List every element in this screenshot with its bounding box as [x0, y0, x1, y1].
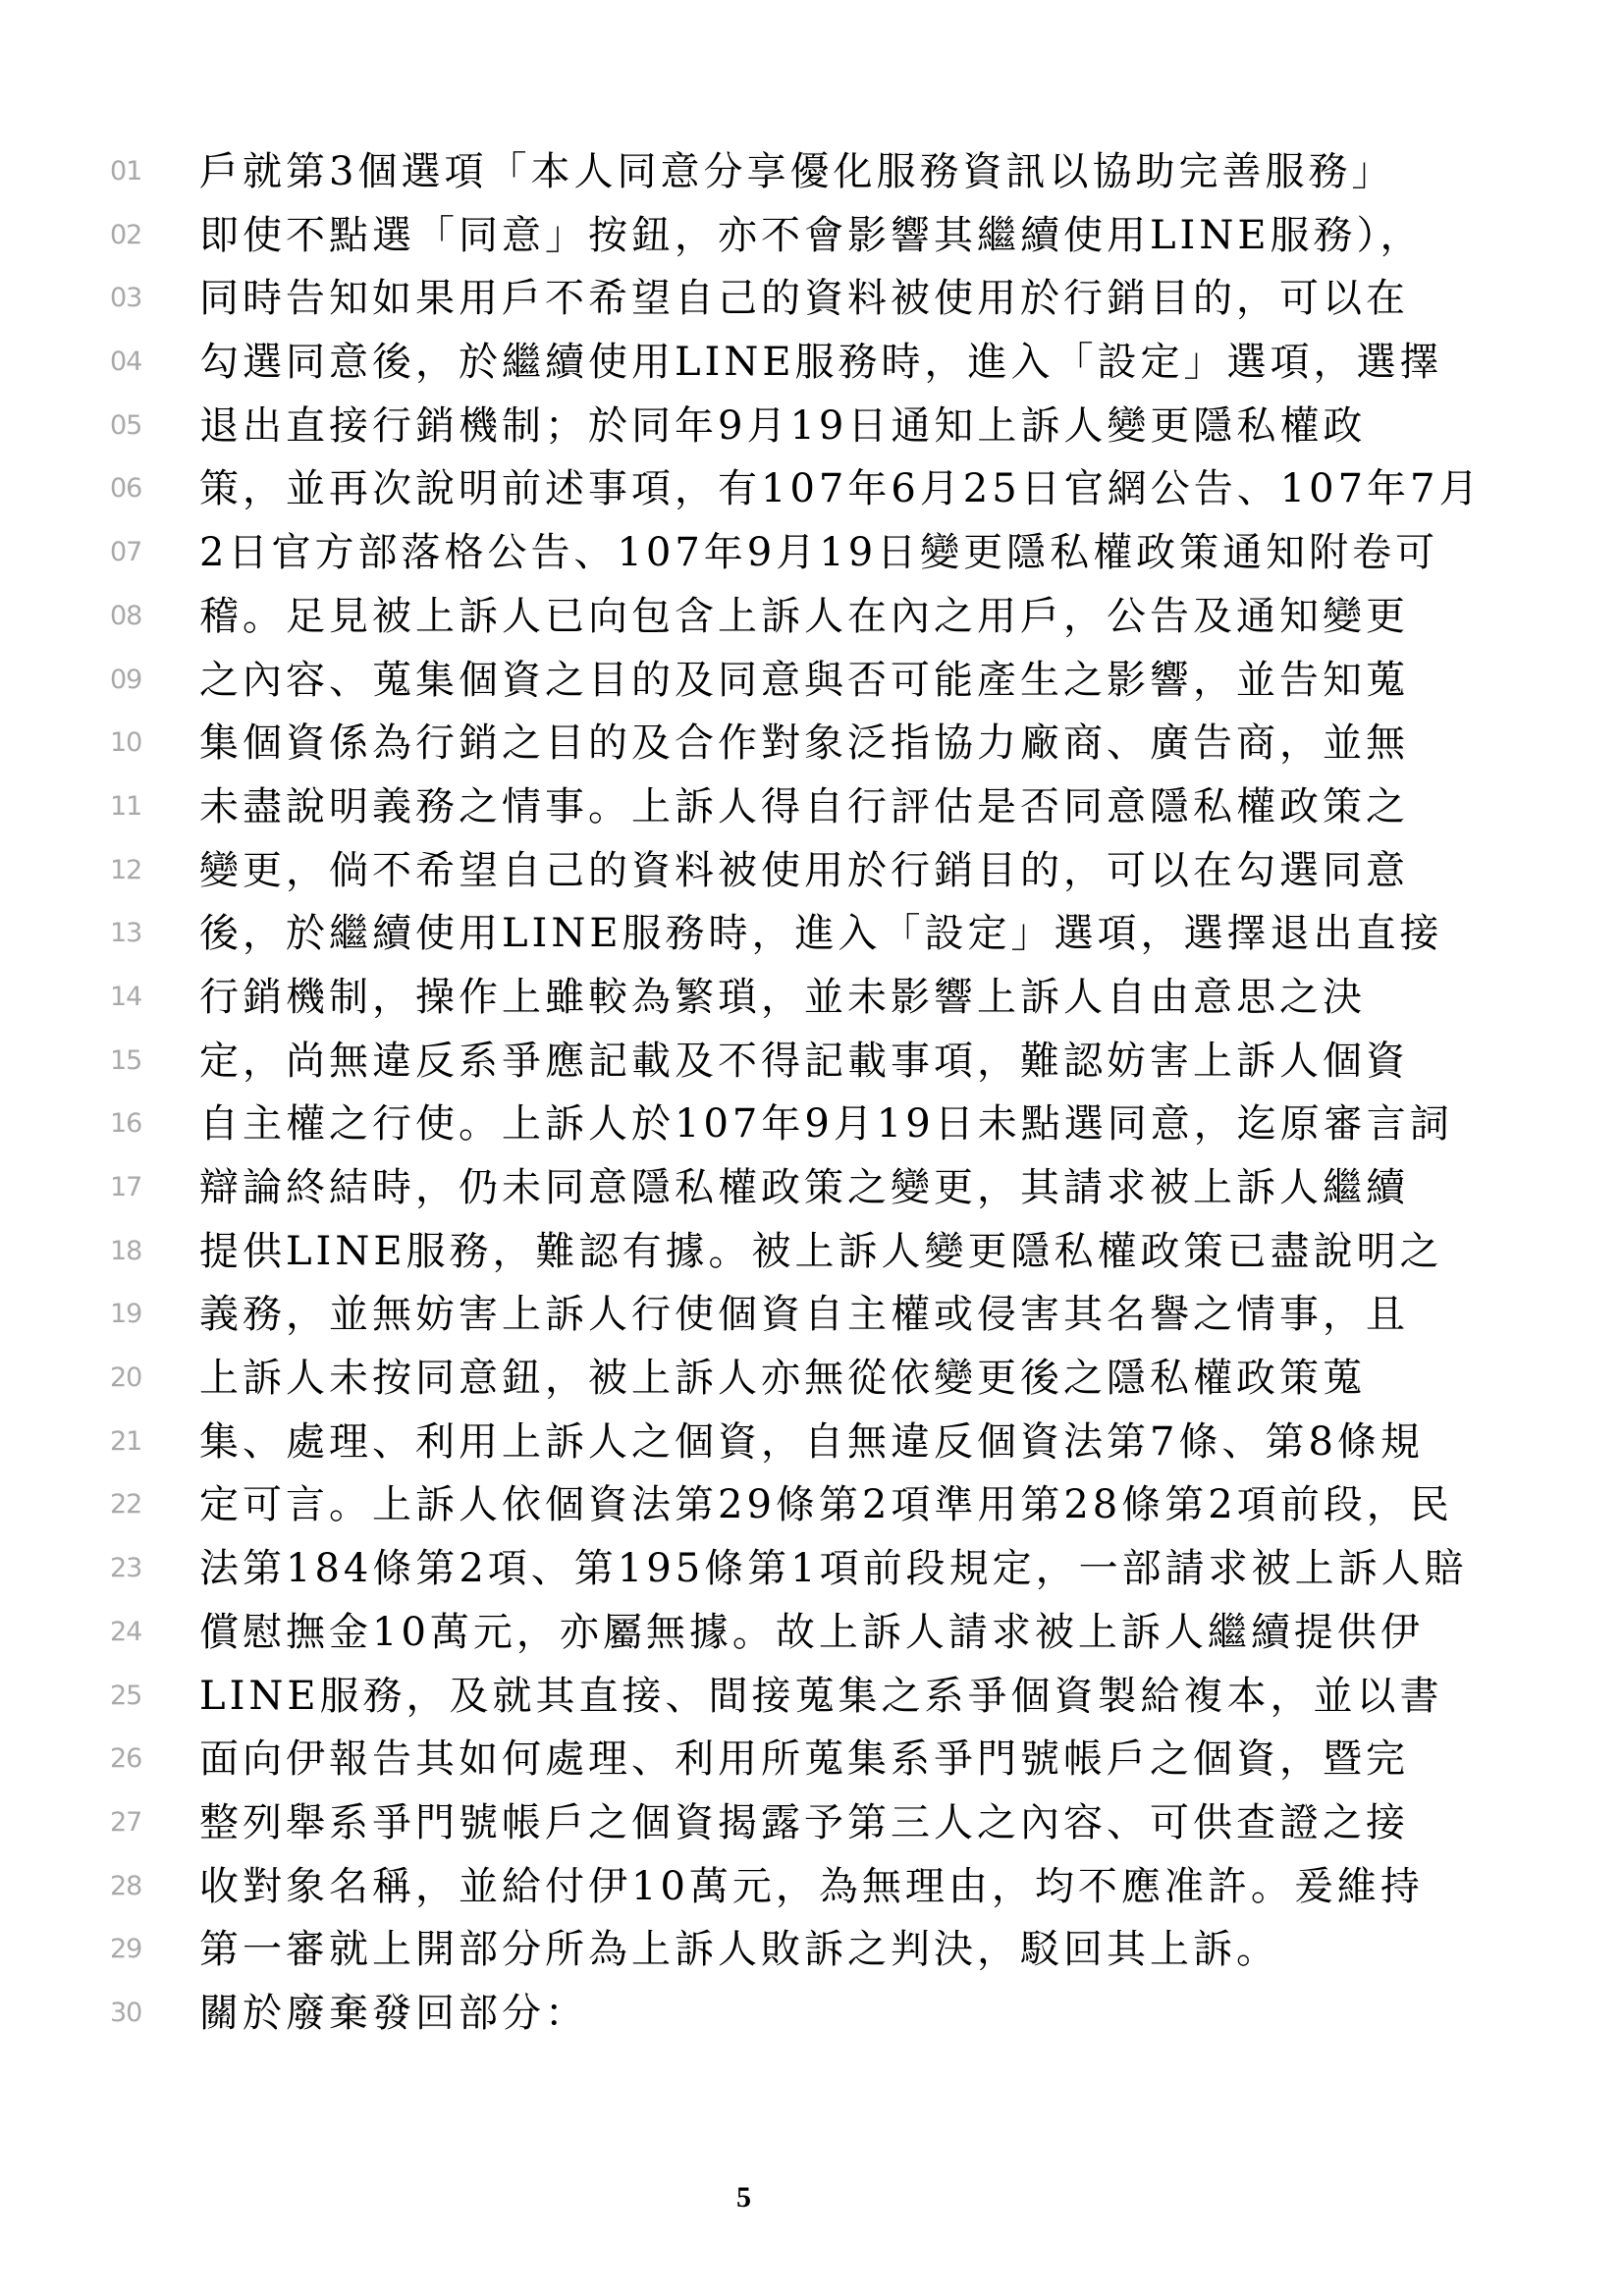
page-number: 5 [736, 2181, 751, 2215]
line-text: 2日官方部落格公告、107年9月19日變更隱私權政策通知附卷可 [199, 527, 1438, 578]
line-number: 16 [110, 1106, 141, 1142]
line-text: 法第184條第2項、第195條第1項前段規定，一部請求被上訴人賠 [199, 1543, 1468, 1594]
numbered-text-body: 01戶就第3個選項「本人同意分享優化服務資訊以協助完善服務」 02即使不點選「同… [0, 140, 1623, 2046]
text-line: 10集個資係為行銷之目的及合作對象泛指協力廠商、廣告商，並無 [0, 712, 1623, 775]
line-text: 定可言。上訴人依個資法第29條第2項準用第28條第2項前段，民 [199, 1479, 1453, 1530]
line-text: 上訴人未按同意鈕，被上訴人亦無從依變更後之隱私權政策蒐 [199, 1353, 1366, 1404]
text-line: 14行銷機制，操作上雖較為繁瑣，並未影響上訴人自由意思之決 [0, 966, 1623, 1030]
line-number: 28 [110, 1869, 141, 1904]
text-line: 03同時告知如果用戶不希望自己的資料被使用於行銷目的，可以在 [0, 267, 1623, 331]
line-number: 13 [110, 916, 141, 951]
line-number: 29 [110, 1932, 141, 1967]
line-text: 退出直接行銷機制；於同年9月19日通知上訴人變更隱私權政 [199, 400, 1366, 452]
text-line: 16自主權之行使。上訴人於107年9月19日未點選同意，迄原審言詞 [0, 1093, 1623, 1156]
line-number: 18 [110, 1234, 141, 1269]
line-text: 勾選同意後，於繼續使用LINE服務時，進入「設定」選項，選擇 [199, 337, 1443, 388]
line-text: 稽。足見被上訴人已向包含上訴人在內之用戶，公告及通知變更 [199, 591, 1409, 642]
text-line: 30關於廢棄發回部分： [0, 1982, 1623, 2046]
text-line: 08稽。足見被上訴人已向包含上訴人在內之用戶，公告及通知變更 [0, 585, 1623, 649]
text-line: 19義務，並無妨害上訴人行使個資自主權或侵害其名譽之情事，且 [0, 1283, 1623, 1347]
line-number: 10 [110, 725, 141, 761]
line-text: 變更，倘不希望自己的資料被使用於行銷目的，可以在勾選同意 [199, 845, 1409, 896]
line-text: 戶就第3個選項「本人同意分享優化服務資訊以協助完善服務」 [199, 146, 1394, 197]
line-number: 08 [110, 599, 141, 634]
line-text: 策，並再次說明前述事項，有107年6月25日官網公告、107年7月 [199, 463, 1483, 514]
line-number: 15 [110, 1043, 141, 1079]
text-line: 09之內容、蒐集個資之目的及同意與否可能產生之影響，並告知蒐 [0, 649, 1623, 713]
line-number: 17 [110, 1170, 141, 1205]
line-text: 償慰撫金10萬元，亦屬無據。故上訴人請求被上訴人繼續提供伊 [199, 1607, 1424, 1658]
line-text: 定，尚無違反系爭應記載及不得記載事項，難認妨害上訴人個資 [199, 1036, 1409, 1087]
text-line: 24償慰撫金10萬元，亦屬無據。故上訴人請求被上訴人繼續提供伊 [0, 1601, 1623, 1665]
line-text: 同時告知如果用戶不希望自己的資料被使用於行銷目的，可以在 [199, 273, 1409, 324]
line-text: 未盡說明義務之情事。上訴人得自行評估是否同意隱私權政策之 [199, 781, 1409, 832]
text-line: 06策，並再次說明前述事項，有107年6月25日官網公告、107年7月 [0, 457, 1623, 521]
line-text: 後，於繼續使用LINE服務時，進入「設定」選項，選擇退出直接 [199, 908, 1443, 959]
line-text: 辯論終結時，仍未同意隱私權政策之變更，其請求被上訴人繼續 [199, 1162, 1409, 1213]
line-text: 即使不點選「同意」按鈕，亦不會影響其繼續使用LINE服務）， [199, 210, 1424, 261]
line-number: 21 [110, 1424, 141, 1460]
line-text: 提供LINE服務，難認有據。被上訴人變更隱私權政策已盡說明之 [199, 1226, 1443, 1277]
text-line: 20上訴人未按同意鈕，被上訴人亦無從依變更後之隱私權政策蒐 [0, 1347, 1623, 1411]
line-text: 收對象名稱，並給付伊10萬元，為無理由，均不應准許。爰維持 [199, 1861, 1424, 1912]
line-number: 11 [110, 789, 141, 825]
line-text: 集個資係為行銷之目的及合作對象泛指協力廠商、廣告商，並無 [199, 718, 1409, 769]
line-text: 行銷機制，操作上雖較為繁瑣，並未影響上訴人自由意思之決 [199, 972, 1366, 1023]
text-line: 05退出直接行銷機制；於同年9月19日通知上訴人變更隱私權政 [0, 395, 1623, 458]
text-line: 21集、處理、利用上訴人之個資，自無違反個資法第7條、第8條規 [0, 1411, 1623, 1474]
text-line: 04勾選同意後，於繼續使用LINE服務時，進入「設定」選項，選擇 [0, 331, 1623, 395]
line-number: 02 [110, 218, 141, 253]
text-line: 01戶就第3個選項「本人同意分享優化服務資訊以協助完善服務」 [0, 140, 1623, 204]
line-number: 01 [110, 154, 141, 189]
line-text: 整列舉系爭門號帳戶之個資揭露予第三人之內容、可供查證之接 [199, 1797, 1409, 1848]
line-number: 25 [110, 1679, 141, 1714]
line-number: 20 [110, 1361, 141, 1396]
text-line: 25LINE服務，及就其直接、間接蒐集之系爭個資製給複本，並以書 [0, 1665, 1623, 1729]
line-number: 22 [110, 1487, 141, 1522]
text-line: 12變更，倘不希望自己的資料被使用於行銷目的，可以在勾選同意 [0, 839, 1623, 903]
line-number: 04 [110, 345, 141, 380]
text-line: 26面向伊報告其如何處理、利用所蒐集系爭門號帳戶之個資，暨完 [0, 1728, 1623, 1791]
text-line: 11未盡說明義務之情事。上訴人得自行評估是否同意隱私權政策之 [0, 775, 1623, 839]
line-number: 03 [110, 281, 141, 316]
line-number: 30 [110, 1996, 141, 2031]
text-line: 27整列舉系爭門號帳戶之個資揭露予第三人之內容、可供查證之接 [0, 1791, 1623, 1855]
line-number: 09 [110, 663, 141, 698]
text-line: 15定，尚無違反系爭應記載及不得記載事項，難認妨害上訴人個資 [0, 1030, 1623, 1094]
line-number: 24 [110, 1615, 141, 1650]
line-number: 06 [110, 471, 141, 507]
text-line: 18提供LINE服務，難認有據。被上訴人變更隱私權政策已盡說明之 [0, 1220, 1623, 1284]
line-text: 關於廢棄發回部分： [199, 1988, 588, 2039]
line-number: 14 [110, 980, 141, 1015]
line-text: LINE服務，及就其直接、間接蒐集之系爭個資製給複本，並以書 [199, 1671, 1443, 1722]
text-line: 13後，於繼續使用LINE服務時，進入「設定」選項，選擇退出直接 [0, 902, 1623, 966]
line-text: 自主權之行使。上訴人於107年9月19日未點選同意，迄原審言詞 [199, 1098, 1453, 1149]
line-number: 26 [110, 1741, 141, 1777]
line-text: 面向伊報告其如何處理、利用所蒐集系爭門號帳戶之個資，暨完 [199, 1734, 1409, 1785]
text-line: 29第一審就上開部分所為上訴人敗訴之判決，駁回其上訴。 [0, 1918, 1623, 1982]
document-page: 01戶就第3個選項「本人同意分享優化服務資訊以協助完善服務」 02即使不點選「同… [0, 0, 1623, 2296]
text-line: 02即使不點選「同意」按鈕，亦不會影響其繼續使用LINE服務）， [0, 204, 1623, 268]
line-text: 義務，並無妨害上訴人行使個資自主權或侵害其名譽之情事，且 [199, 1289, 1409, 1340]
text-line: 28收對象名稱，並給付伊10萬元，為無理由，均不應准許。爰維持 [0, 1855, 1623, 1919]
line-text: 第一審就上開部分所為上訴人敗訴之判決，駁回其上訴。 [199, 1924, 1279, 1975]
line-number: 23 [110, 1551, 141, 1586]
line-number: 27 [110, 1805, 141, 1841]
text-line: 22定可言。上訴人依個資法第29條第2項準用第28條第2項前段，民 [0, 1473, 1623, 1537]
text-line: 23法第184條第2項、第195條第1項前段規定，一部請求被上訴人賠 [0, 1537, 1623, 1601]
line-number: 12 [110, 853, 141, 888]
line-text: 之內容、蒐集個資之目的及同意與否可能產生之影響，並告知蒐 [199, 655, 1409, 706]
line-text: 集、處理、利用上訴人之個資，自無違反個資法第7條、第8條規 [199, 1416, 1424, 1468]
text-line: 072日官方部落格公告、107年9月19日變更隱私權政策通知附卷可 [0, 521, 1623, 585]
line-number: 05 [110, 408, 141, 444]
line-number: 07 [110, 535, 141, 570]
text-line: 17辯論終結時，仍未同意隱私權政策之變更，其請求被上訴人繼續 [0, 1156, 1623, 1220]
line-number: 19 [110, 1297, 141, 1332]
